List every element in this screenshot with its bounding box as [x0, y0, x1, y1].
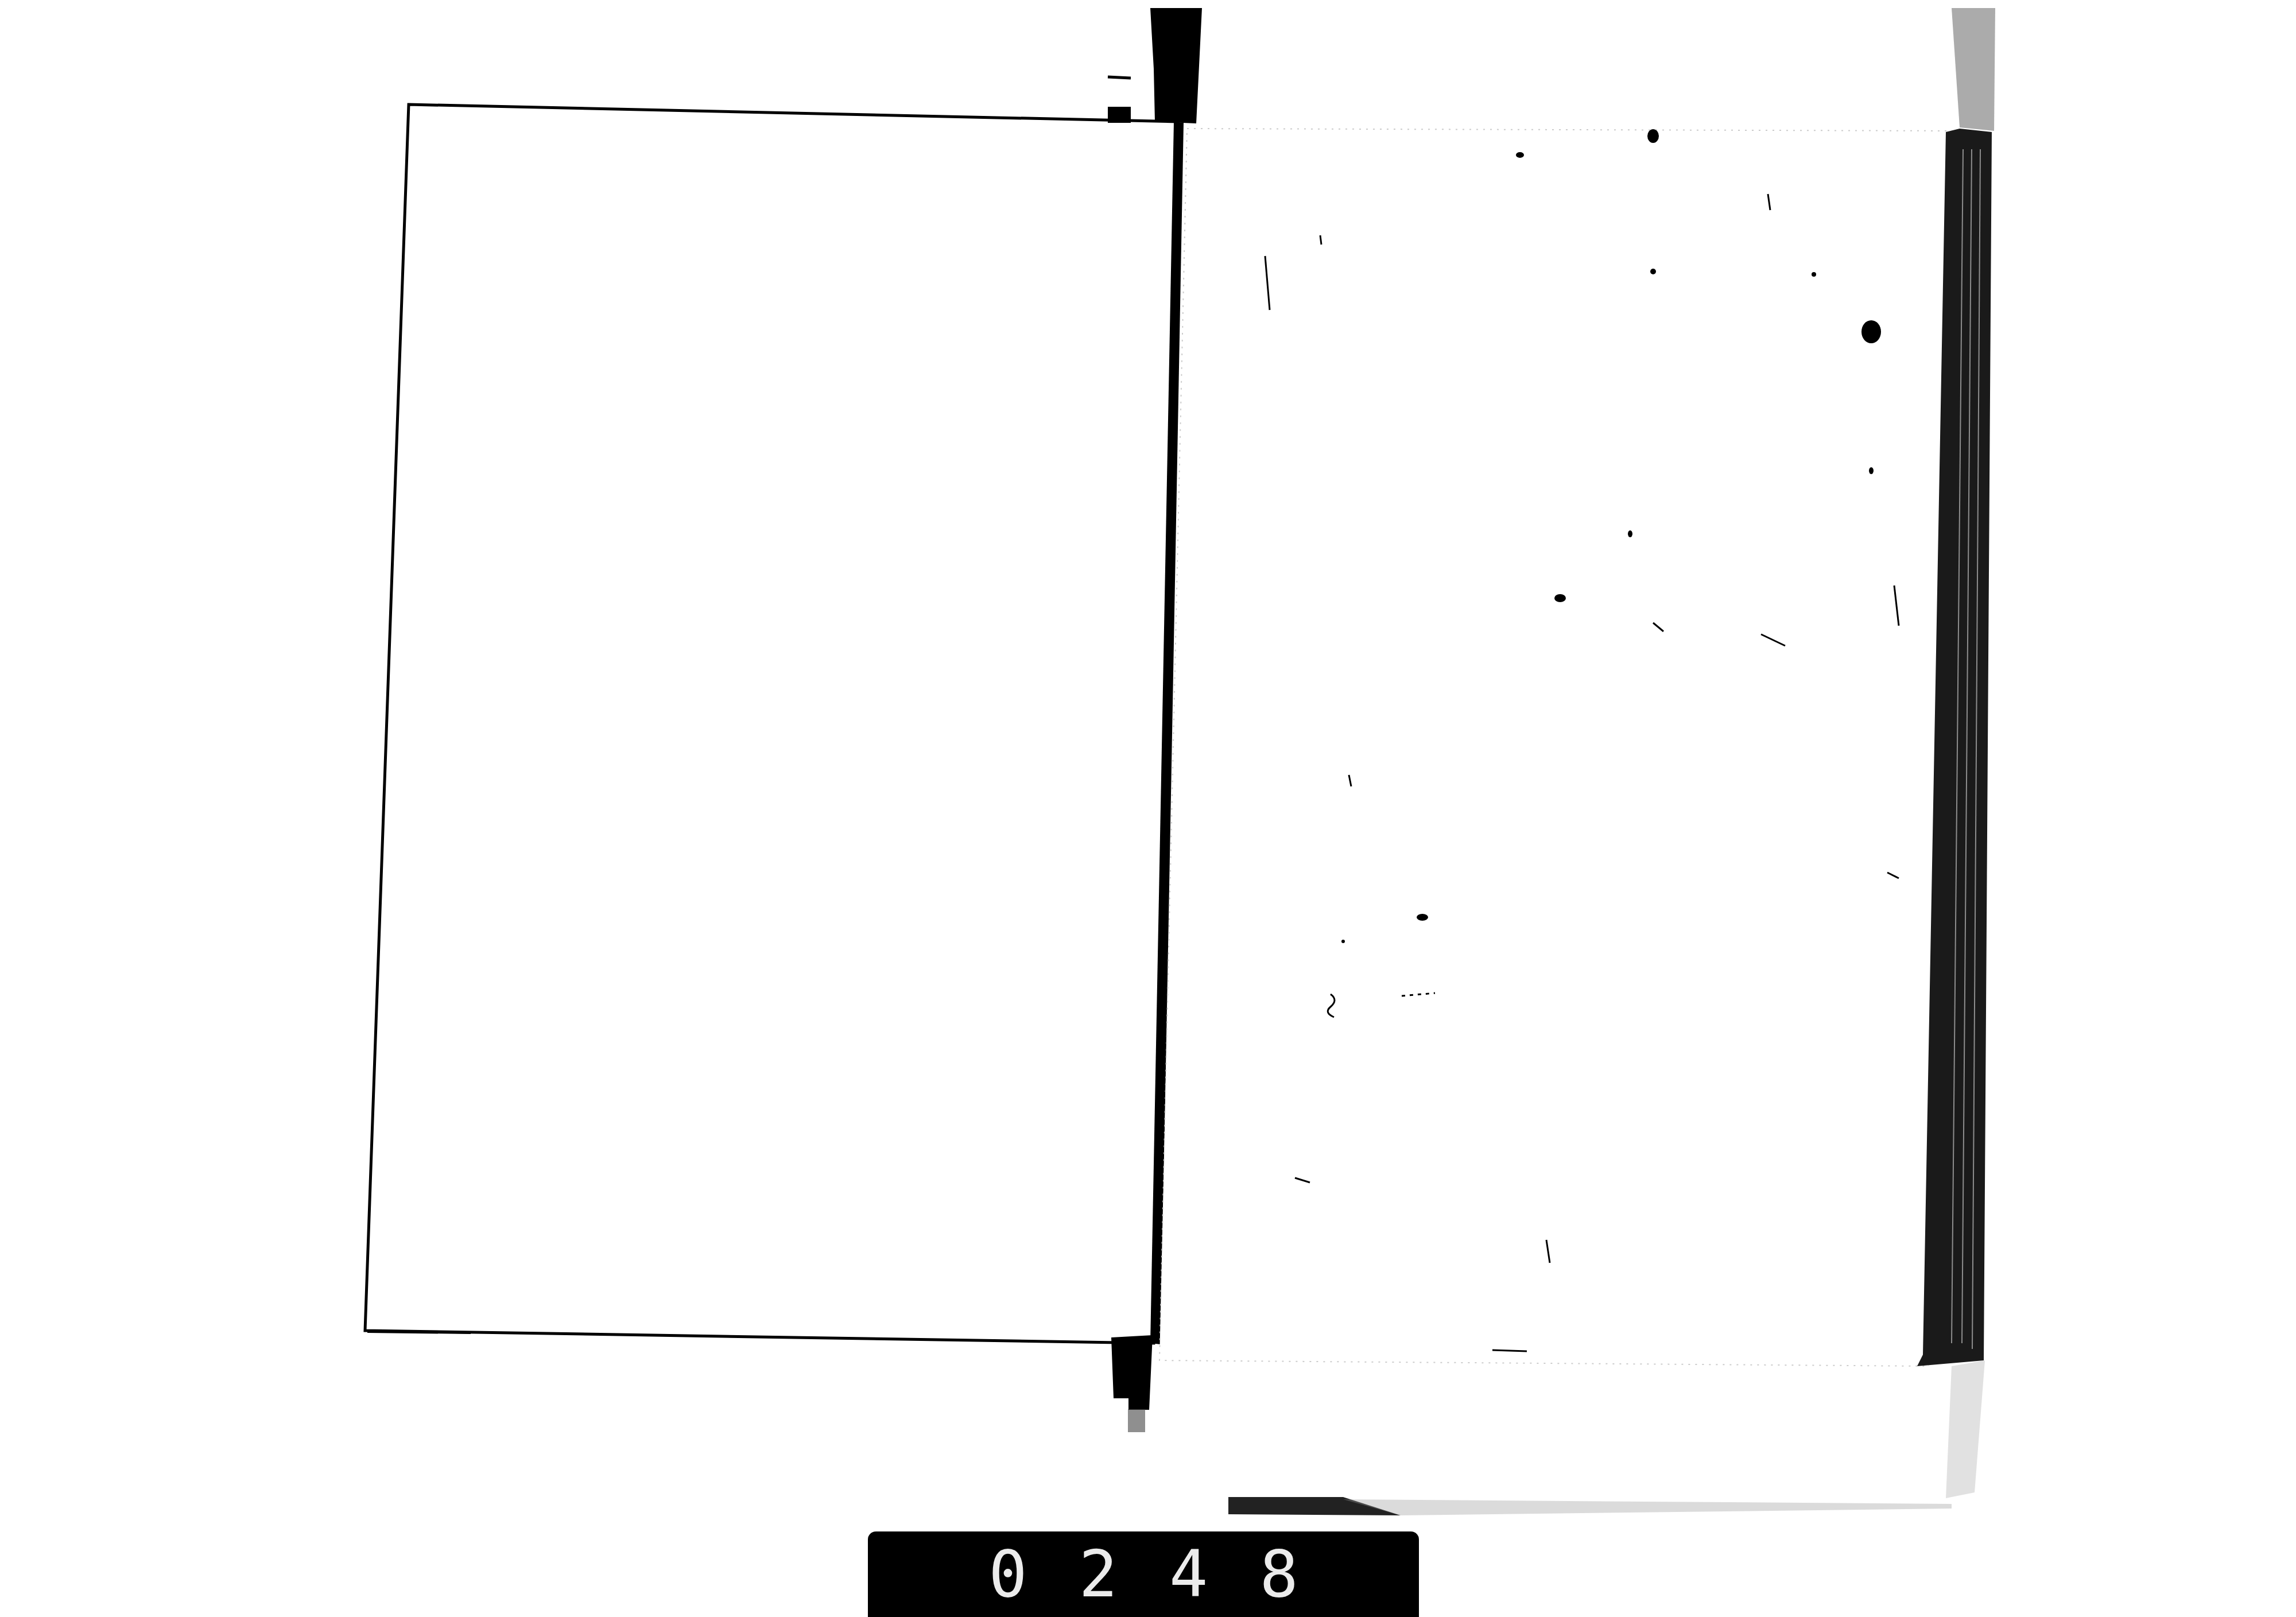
left-page	[365, 8, 1202, 1432]
scan-sequence-number: 0248	[937, 1537, 1350, 1612]
right-page	[1159, 8, 1995, 1515]
scanned-book-spread	[0, 0, 2296, 1617]
scan-sequence-label: 0248	[868, 1531, 1419, 1617]
